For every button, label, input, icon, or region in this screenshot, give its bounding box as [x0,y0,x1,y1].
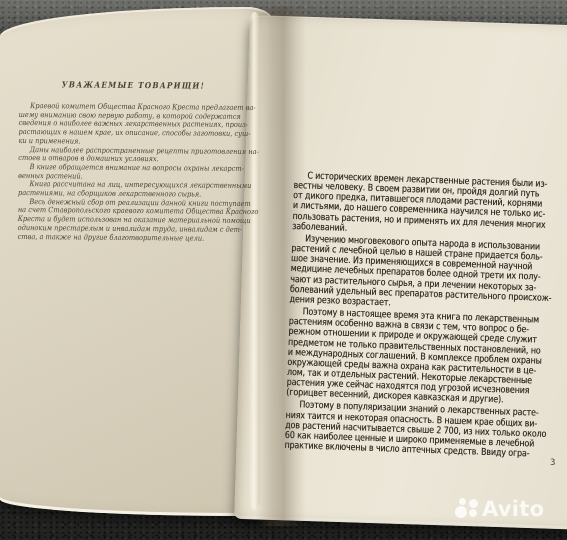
avito-logo-icon [455,497,480,521]
left-page-paragraph: Краевой комитет Общества Красного Креста… [18,102,258,148]
book-photo: УВАЖАЕМЫЕ ТОВАРИЩИ! Краевой комитет Обще… [0,0,567,540]
right-page-paragraph: Поэтому в популяризации знаний о лекарст… [284,400,554,460]
avito-watermark-text: Avito [482,497,544,521]
right-page-paragraph: Поэтому в настоящее время эта книга по л… [286,307,558,408]
left-page-text: УВАЖАЕМЫЕ ТОВАРИЩИ! Краевой комитет Обще… [18,79,259,243]
page-number: 3 [550,458,555,468]
left-page-paragraph: Весь денежный сбор от реализации данной … [18,198,258,244]
right-page-paragraph: С исторических времен лекарственные раст… [292,171,563,241]
right-page-text: С исторических времен лекарственные раст… [284,171,562,462]
avito-watermark: Avito [455,497,544,521]
right-page-paragraph: Изучению многовекового опыта народа в ис… [289,234,560,314]
left-page-heading: УВАЖАЕМЫЕ ТОВАРИЩИ! [19,79,258,91]
